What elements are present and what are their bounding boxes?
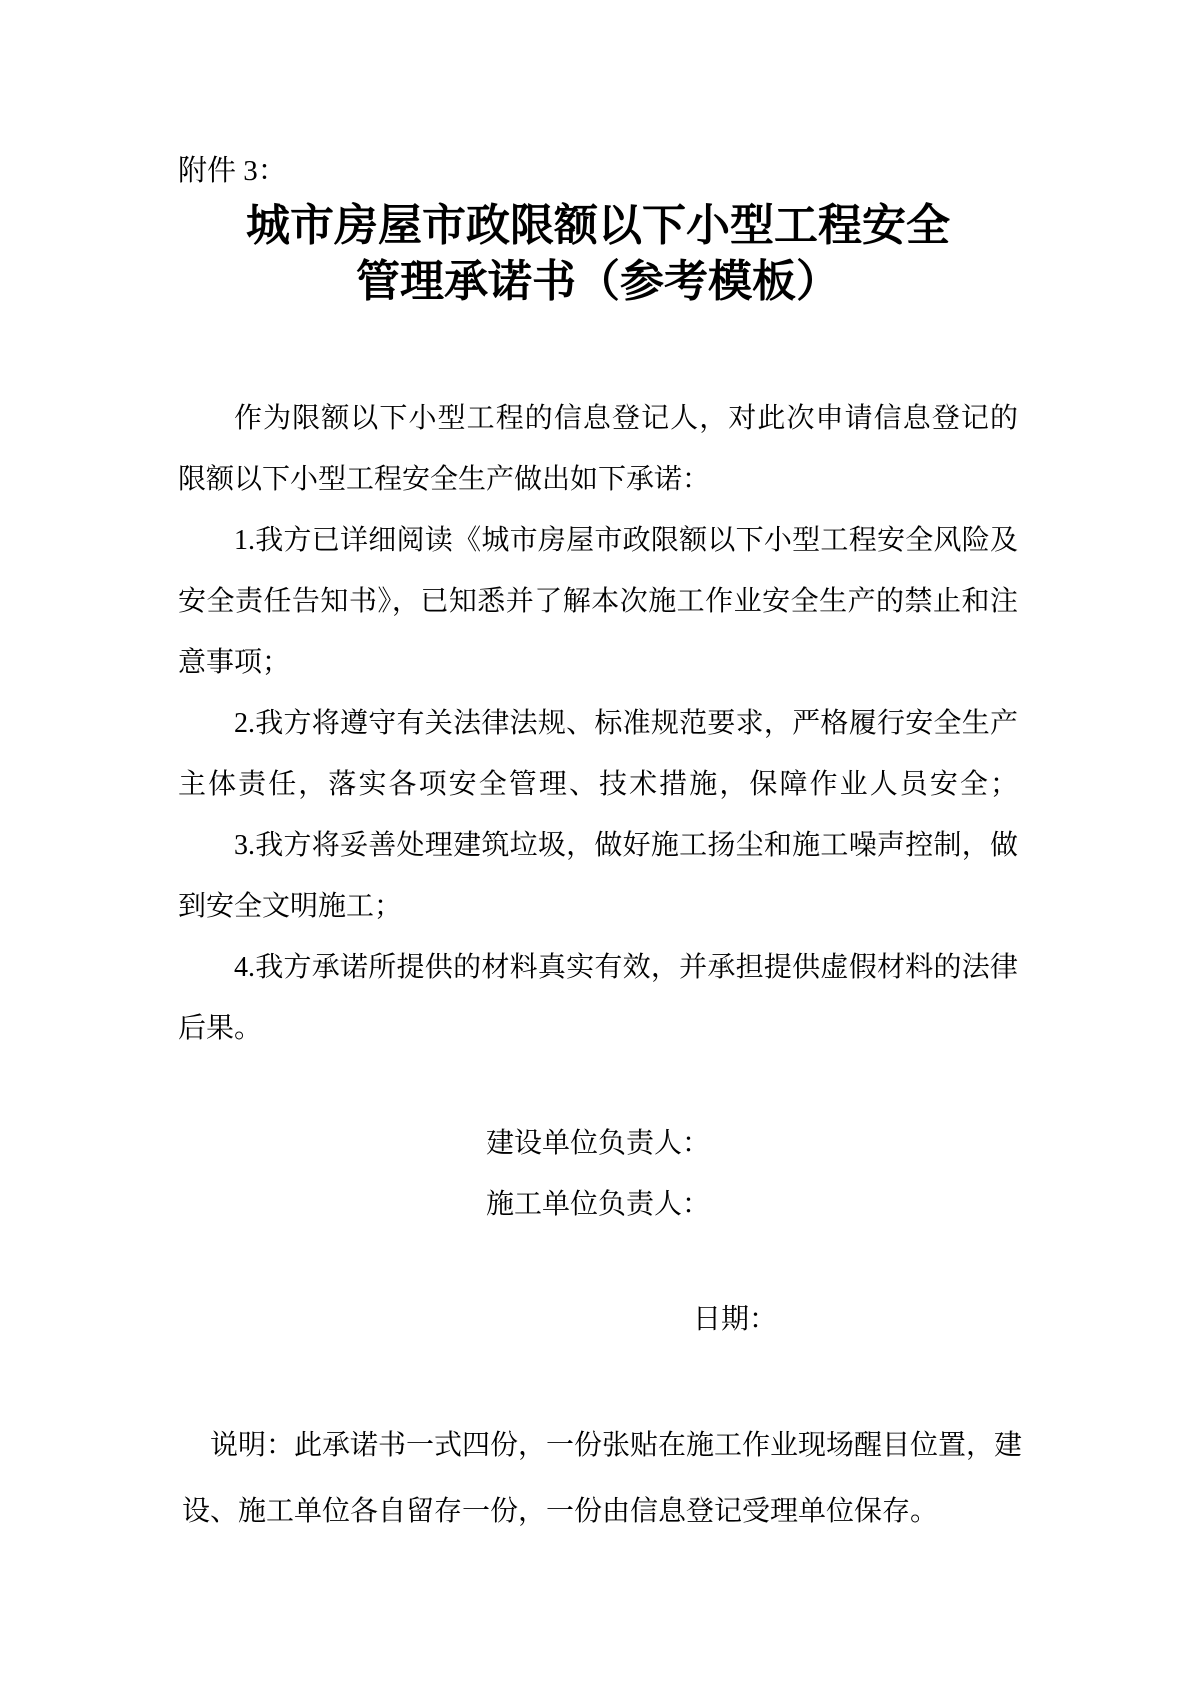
body-line: 限额以下小型工程安全生产做出如下承诺： <box>178 449 1018 510</box>
body-line: 4.我方承诺所提供的材料真实有效，并承担提供虚假材料的法律 <box>178 937 1018 998</box>
note-line: 说明：此承诺书一式四份，一份张贴在施工作业现场醒目位置，建 <box>182 1413 1022 1479</box>
document-page: 附件 3： 城市房屋市政限额以下小型工程安全 管理承诺书（参考模板） 作为限额以… <box>0 0 1190 1683</box>
note-line: 设、施工单位各自留存一份，一份由信息登记受理单位保存。 <box>182 1479 1022 1545</box>
document-title-line-2: 管理承诺书（参考模板） <box>178 254 1018 310</box>
body-line: 到安全文明施工； <box>178 876 1018 937</box>
body-line: 2.我方将遵守有关法律法规、标准规范要求，严格履行安全生产 <box>178 693 1018 754</box>
body-line: 作为限额以下小型工程的信息登记人，对此次申请信息登记的 <box>178 388 1018 449</box>
date-label: 日期： <box>693 1304 777 1336</box>
signature-section: 建设单位负责人： 施工单位负责人： <box>178 1113 1018 1235</box>
note-section: 说明：此承诺书一式四份，一份张贴在施工作业现场醒目位置，建 设、施工单位各自留存… <box>182 1413 1022 1545</box>
body-line: 意事项； <box>178 632 1018 693</box>
body-line: 1.我方已详细阅读《城市房屋市政限额以下小型工程安全风险及 <box>178 510 1018 571</box>
document-title: 城市房屋市政限额以下小型工程安全 管理承诺书（参考模板） <box>178 198 1018 310</box>
contractor-unit-signature-label: 施工单位负责人： <box>178 1174 1018 1235</box>
body-line: 安全责任告知书》，已知悉并了解本次施工作业安全生产的禁止和注 <box>178 571 1018 632</box>
body-line: 3.我方将妥善处理建筑垃圾，做好施工扬尘和施工噪声控制，做 <box>178 815 1018 876</box>
document-title-line-1: 城市房屋市政限额以下小型工程安全 <box>178 198 1018 254</box>
document-body: 作为限额以下小型工程的信息登记人，对此次申请信息登记的 限额以下小型工程安全生产… <box>178 388 1018 1059</box>
body-line: 后果。 <box>178 998 1018 1059</box>
attachment-label: 附件 3： <box>178 154 287 188</box>
body-line: 主体责任，落实各项安全管理、技术措施，保障作业人员安全； <box>178 754 1018 815</box>
construction-unit-signature-label: 建设单位负责人： <box>178 1113 1018 1174</box>
